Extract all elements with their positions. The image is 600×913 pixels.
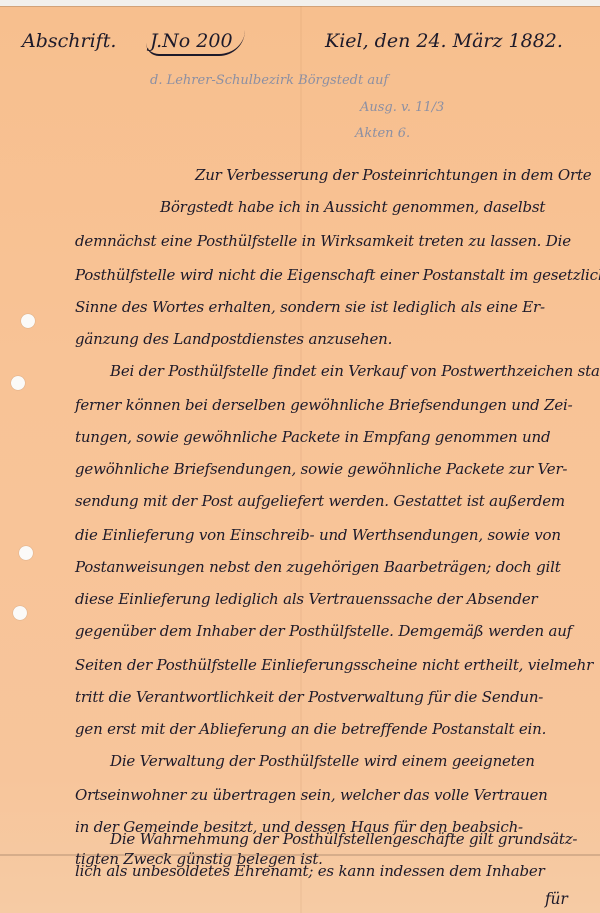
text-line: lich als unbesoldetes Ehrenamt; es kann … xyxy=(75,862,545,880)
copy-label: Abschrift. xyxy=(22,30,116,52)
pencil-note: Ausg. v. 11/3 xyxy=(360,100,444,115)
text-line: Seiten der Posthülfstelle Einlieferungss… xyxy=(75,656,593,674)
text-line: sendung mit der Post aufgeliefert werden… xyxy=(75,492,565,510)
punch-hole xyxy=(21,314,35,328)
text-line: Die Verwaltung der Posthülfstelle wird e… xyxy=(110,752,535,770)
text-line: Bei der Posthülfstelle findet ein Verkau… xyxy=(110,362,600,380)
text-line: tungen, sowie gewöhnliche Packete in Emp… xyxy=(75,428,550,446)
text-line: diese Einlieferung lediglich als Vertrau… xyxy=(75,590,538,608)
place-date: Kiel, den 24. März 1882. xyxy=(325,30,563,52)
text-line: Zur Verbesserung der Posteinrichtungen i… xyxy=(195,166,592,184)
text-line: die Einlieferung von Einschreib- und Wer… xyxy=(75,526,561,544)
punch-hole xyxy=(19,546,33,560)
text-line: Die Wahrnehmung der Posthülfstellengesch… xyxy=(110,830,577,848)
punch-hole xyxy=(11,376,25,390)
catchword: für xyxy=(545,890,568,908)
text-line: tritt die Verantwortlichkeit der Postver… xyxy=(75,688,543,706)
text-line: Postanweisungen nebst den zugehörigen Ba… xyxy=(75,558,561,576)
text-line: Sinne des Wortes erhalten, sondern sie i… xyxy=(75,298,545,316)
text-line: gewöhnliche Briefsendungen, sowie gewöhn… xyxy=(75,460,567,478)
pencil-note: Akten 6. xyxy=(355,126,410,141)
punch-hole xyxy=(13,606,27,620)
text-line: gänzung des Landpostdienstes anzusehen. xyxy=(75,330,392,348)
text-line: gen erst mit der Ablieferung an die betr… xyxy=(75,720,546,738)
text-line: demnächst eine Posthülfstelle in Wirksam… xyxy=(75,232,571,250)
text-line: ferner können bei derselben gewöhnliche … xyxy=(75,396,573,414)
text-line: gegenüber dem Inhaber der Posthülfstelle… xyxy=(75,622,572,640)
text-line: Ortseinwohner zu übertragen sein, welche… xyxy=(75,786,548,804)
journal-number: J.No 200 xyxy=(146,30,245,56)
text-line: Börgstedt habe ich in Aussicht genommen,… xyxy=(160,198,545,216)
pencil-note: d. Lehrer-Schulbezirk Börgstedt auf xyxy=(150,73,388,88)
text-line: Posthülfstelle wird nicht die Eigenschaf… xyxy=(75,266,600,284)
